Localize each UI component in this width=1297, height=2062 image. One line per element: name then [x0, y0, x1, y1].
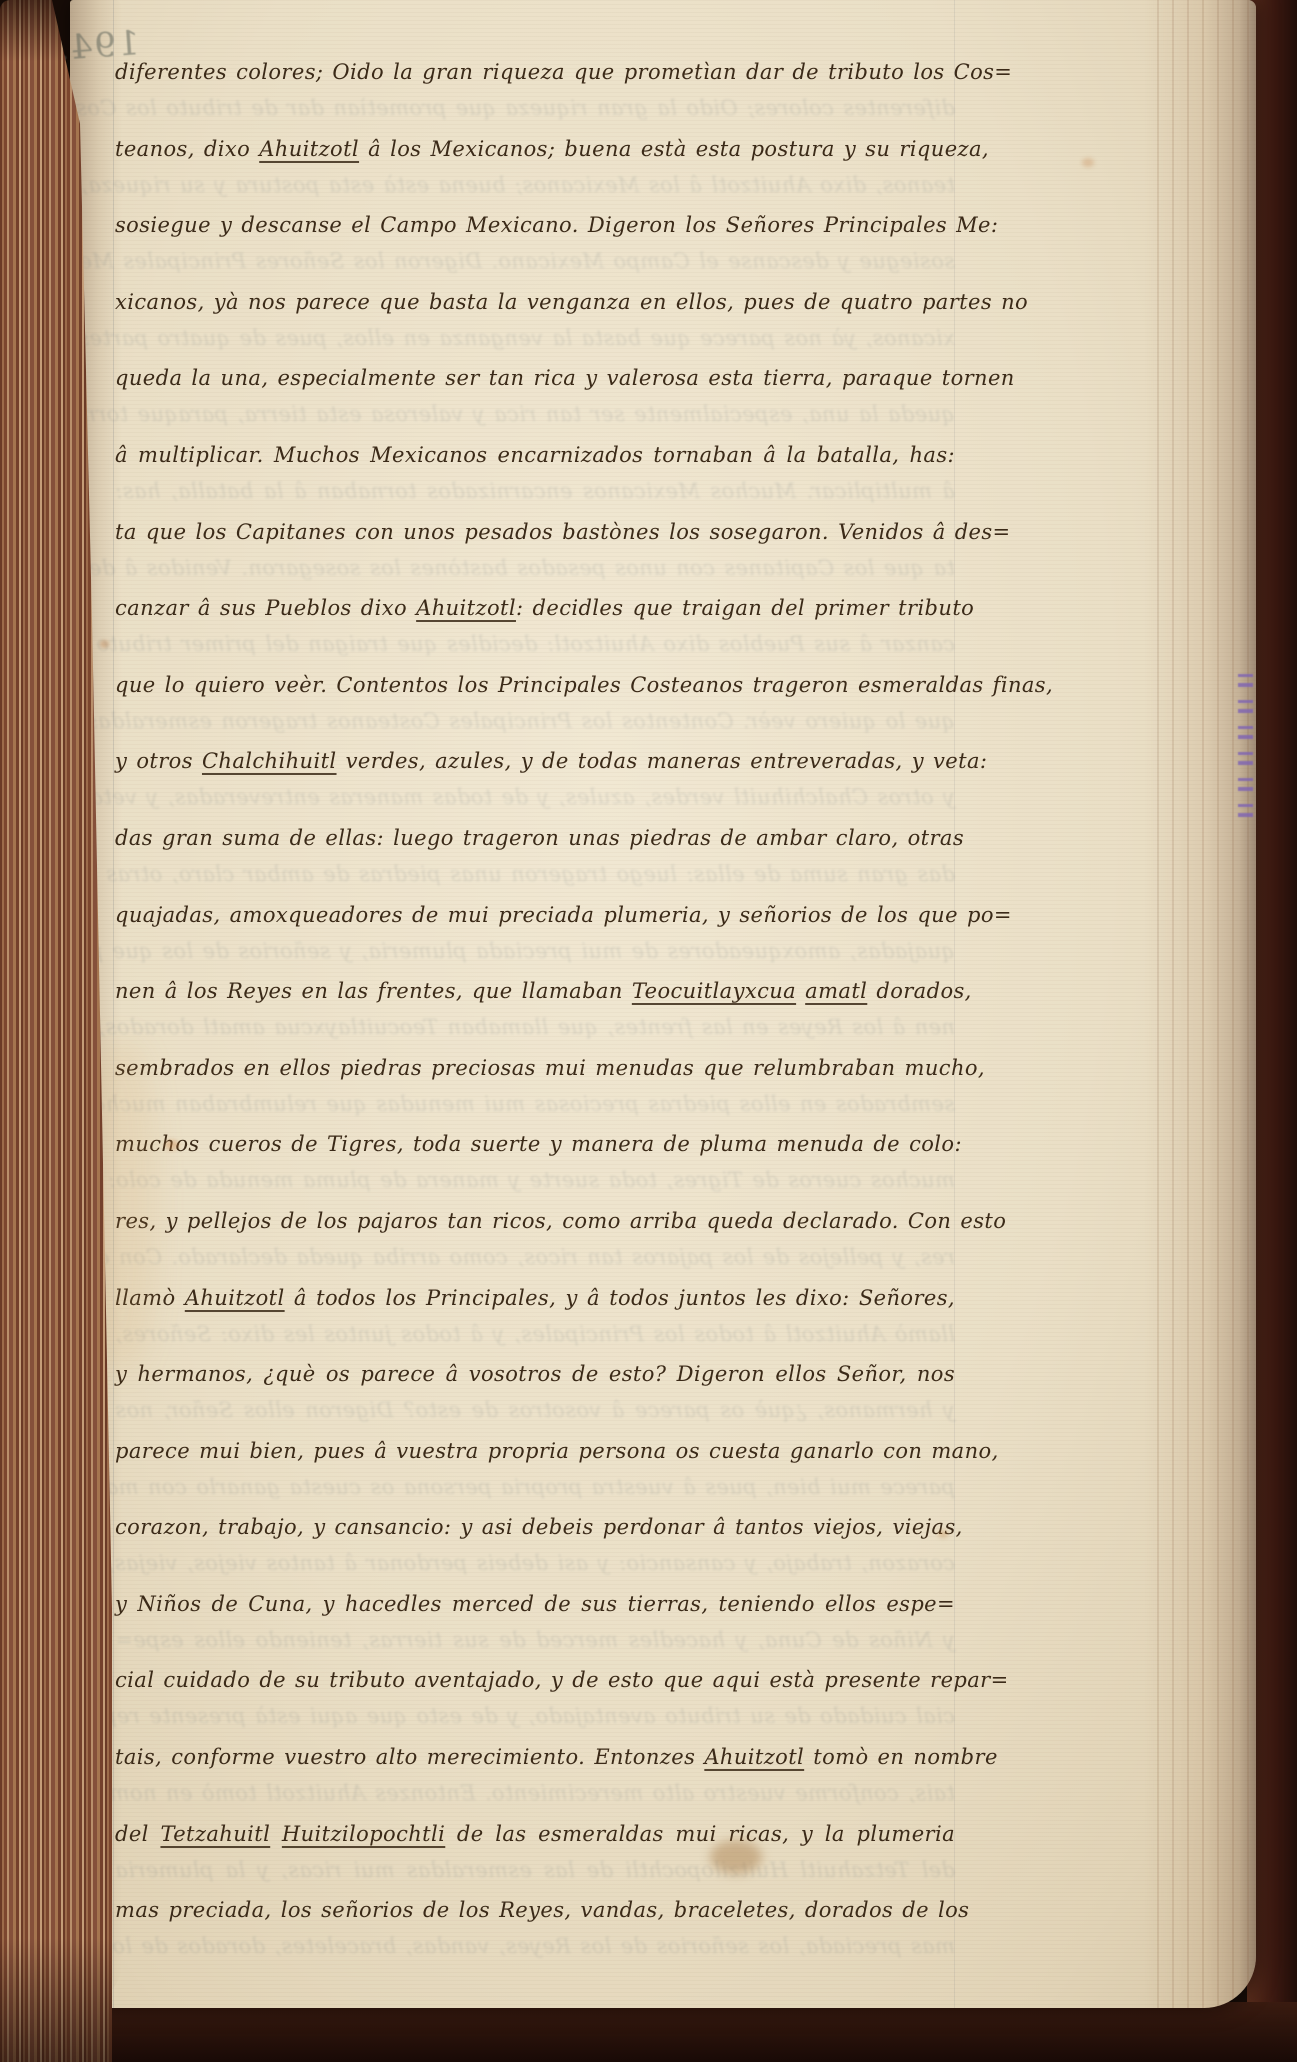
- manuscript-line: mas preciada, los señorios de los Reyes,…: [115, 1872, 955, 1949]
- manuscript-line: ta que los Capitanes con unos pesados ba…: [115, 494, 955, 571]
- manuscript-line: llamò Ahuitzotl â todos los Principales,…: [115, 1260, 955, 1337]
- manuscript-line: parece mui bien, pues â vuestra propria …: [115, 1413, 955, 1490]
- manuscript-text-block: diferentes colores; Oido la gran riqueza…: [115, 34, 955, 1949]
- underlined-word: Ahuitzotl: [704, 1745, 804, 1769]
- underlined-word: Ahuitzotl: [185, 1286, 285, 1310]
- foxing-stain: [1082, 158, 1094, 167]
- manuscript-line: y otros Chalchihuitl verdes, azules, y d…: [115, 723, 955, 800]
- purple-margin-annotation: [1238, 672, 1253, 822]
- underlined-word: Chalchihuitl: [202, 749, 337, 773]
- manuscript-line: xicanos, yà nos parece que basta la veng…: [115, 264, 955, 341]
- manuscript-line: queda la una, especialmente ser tan rica…: [115, 340, 955, 417]
- manuscript-line: del Tetzahuitl Huitzilopochtli de las es…: [115, 1796, 955, 1873]
- underlined-word: Teocuitlayxcua: [632, 979, 796, 1003]
- manuscript-line: quajadas, amoxqueadores de mui preciada …: [115, 877, 955, 954]
- manuscript-line: â multiplicar. Muchos Mexicanos encarniz…: [115, 417, 955, 494]
- book-cover-bottom-edge: [0, 2002, 1297, 2062]
- manuscript-line: tais, conforme vuestro alto merecimiento…: [115, 1719, 955, 1796]
- page-curl-shadow: [1144, 0, 1256, 2008]
- manuscript-line: corazon, trabajo, y cansancio: y asi deb…: [115, 1489, 955, 1566]
- underlined-word: Tetzahuitl: [160, 1822, 270, 1846]
- manuscript-line: y Niños de Cuna, y hacedles merced de su…: [115, 1566, 955, 1643]
- manuscript-line: sosiegue y descanse el Campo Mexicano. D…: [115, 187, 955, 264]
- manuscript-line: das gran suma de ellas: luego trageron u…: [115, 800, 955, 877]
- manuscript-line: canzar â sus Pueblos dixo Ahuitzotl: dec…: [115, 570, 955, 647]
- open-book-photo: 194. diferentes colores; Oido la gran ri…: [0, 0, 1297, 2062]
- manuscript-line: que lo quiero veèr. Contentos los Princi…: [115, 647, 955, 724]
- underlined-word: Huitzilopochtli: [282, 1822, 445, 1846]
- underlined-word: amatl: [805, 979, 867, 1003]
- manuscript-line: teanos, dixo Ahuitzotl â los Mexicanos; …: [115, 111, 955, 188]
- underlined-word: Ahuitzotl: [259, 137, 359, 161]
- underlined-word: Ahuitzotl: [416, 596, 516, 620]
- manuscript-line: nen â los Reyes en las frentes, que llam…: [115, 953, 955, 1030]
- manuscript-line: cial cuidado de su tributo aventajado, y…: [115, 1642, 955, 1719]
- manuscript-line: sembrados en ellos piedras preciosas mui…: [115, 1030, 955, 1107]
- left-margin-rule: [113, 0, 114, 2008]
- manuscript-line: res, y pellejos de los pajaros tan ricos…: [115, 1183, 955, 1260]
- manuscript-page: 194. diferentes colores; Oido la gran ri…: [70, 0, 1256, 2008]
- manuscript-line: muchos cueros de Tigres, toda suerte y m…: [115, 1106, 955, 1183]
- manuscript-line: y hermanos, ¿què os parece â vosotros de…: [115, 1336, 955, 1413]
- manuscript-line: diferentes colores; Oido la gran riqueza…: [115, 34, 955, 111]
